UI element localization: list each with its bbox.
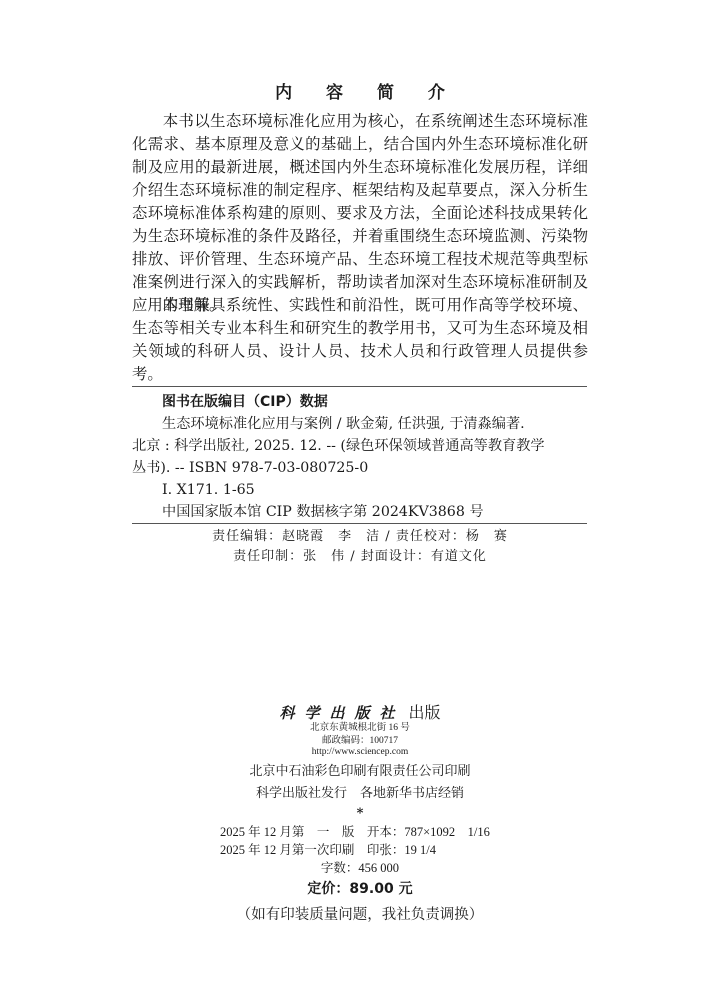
price: 定价：89.00 元 [0,878,720,898]
quality-notice: （如有印装质量问题，我社负责调换） [0,903,720,924]
credits-production: 责任印制：张 伟 / 封面设计：有道文化 [0,547,720,567]
publisher-line: 科学出版社出版 [0,700,720,723]
cip-bottom-rule [132,523,587,524]
publisher-url: http://www.sciencep.com [0,746,720,758]
word-count: 字数：456 000 [0,859,720,877]
publisher-suffix: 出版 [409,705,441,722]
cip-line-classification: Ⅰ. X171. 1-65 [132,479,588,501]
cip-line-title: 生态环境标准化应用与案例 / 耿金菊, 任洪强, 于清淼编著. [132,413,588,435]
printing-line: 2025 年 12 月第一次印刷 印张：19 1/4 [220,841,436,859]
distribution-line: 科学出版社发行 各地新华书店经销 [0,784,720,802]
cip-line-publisher: 北京 : 科学出版社, 2025. 12. -- (绿色环保领域普通高等教育教学 [132,435,588,457]
printer-line: 北京中石油彩色印刷有限责任公司印刷 [0,762,720,780]
edition-line: 2025 年 12 月第 一 版 开本：787×1092 1/16 [220,823,490,841]
cip-block: 生态环境标准化应用与案例 / 耿金菊, 任洪强, 于清淼编著. 北京 : 科学出… [132,413,588,523]
separator-star: * [0,806,720,821]
publisher-address: 北京东黄城根北街 16 号 [0,722,720,734]
summary-paragraph-1: 本书以生态环境标准化应用为核心，在系统阐述生态环境标准化需求、基本原理及意义的基… [132,110,588,317]
cip-heading: 图书在版编目（CIP）数据 [132,391,618,413]
page-title: 内 容 简 介 [0,78,720,103]
cip-line-record-number: 中国国家版本馆 CIP 数据核字第 2024KV3868 号 [132,501,588,523]
cip-line-isbn: 丛书). -- ISBN 978-7-03-080725-0 [132,457,588,479]
publisher-logo: 科学出版社 [279,704,404,722]
credits-editors: 责任编辑：赵晓霞 李 洁 / 责任校对：杨 赛 [0,527,720,547]
summary-paragraph-2: 本书兼具系统性、实践性和前沿性，既可用作高等学校环境、生态等相关专业本科生和研究… [132,294,588,386]
cip-top-rule [132,386,587,387]
